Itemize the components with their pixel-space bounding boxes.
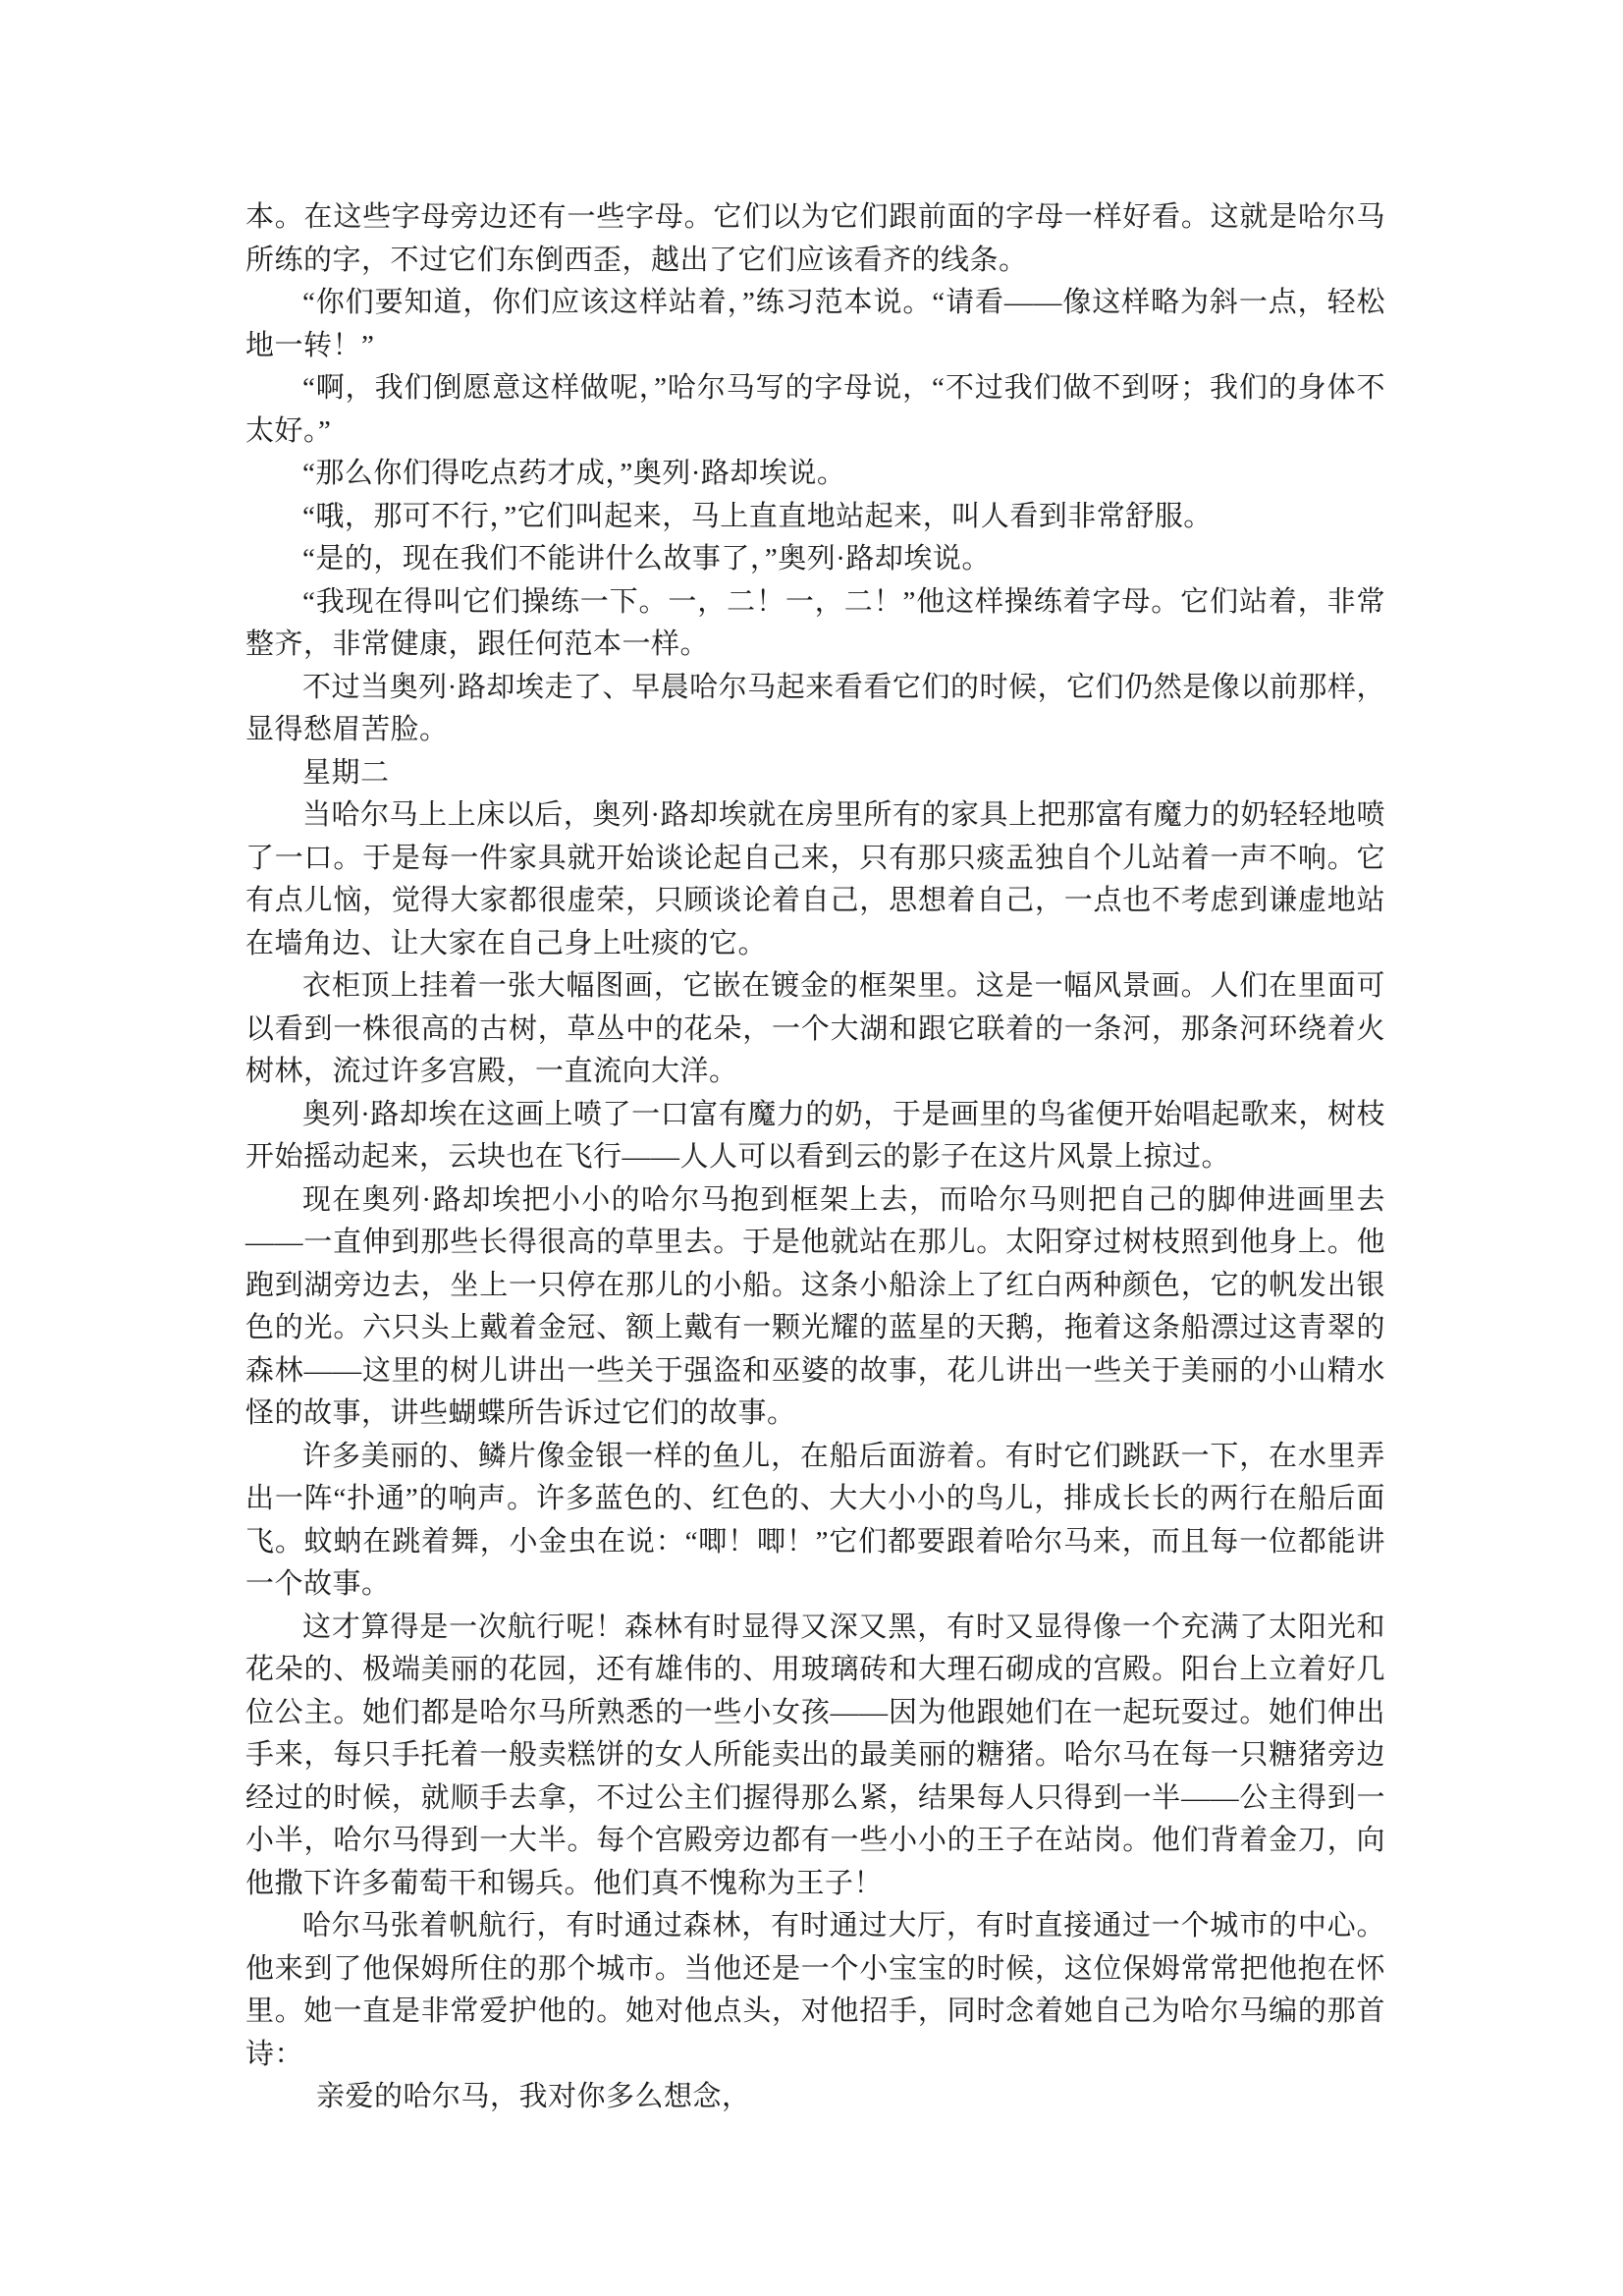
paragraph: 当哈尔马上上床以后，奥列·路却埃就在房里所有的家具上把那富有魔力的奶轻轻地喷了一… xyxy=(245,794,1385,965)
paragraph: 奥列·路却埃在这画上喷了一口富有魔力的奶，于是画里的鸟雀便开始唱起歌来，树枝开始… xyxy=(245,1094,1385,1179)
paragraph: “啊，我们倒愿意这样做呢，”哈尔马写的字母说，“不过我们做不到呀；我们的身体不太… xyxy=(245,367,1385,453)
paragraph: 星期二 xyxy=(245,752,1385,795)
text-block: 本。在这些字母旁边还有一些字母。它们以为它们跟前面的字母一样好看。这就是哈尔马所… xyxy=(245,196,1385,2119)
paragraph: 衣柜顶上挂着一张大幅图画，它嵌在镀金的框架里。这是一幅风景画。人们在里面可以看到… xyxy=(245,965,1385,1094)
paragraph: 哈尔马张着帆航行，有时通过森林，有时通过大厅，有时直接通过一个城市的中心。他来到… xyxy=(245,1905,1385,2076)
page: 本。在这些字母旁边还有一些字母。它们以为它们跟前面的字母一样好看。这就是哈尔马所… xyxy=(0,0,1623,2296)
paragraph: 现在奥列·路却埃把小小的哈尔马抱到框架上去，而哈尔马则把自己的脚伸进画里去——一… xyxy=(245,1179,1385,1436)
paragraph: “哦，那可不行，”它们叫起来，马上直直地站起来，叫人看到非常舒服。 xyxy=(245,496,1385,539)
paragraph: 亲爱的哈尔马，我对你多么想念， xyxy=(245,2076,1385,2119)
paragraph: “那么你们得吃点药才成，”奥列·路却埃说。 xyxy=(245,453,1385,496)
paragraph: “你们要知道，你们应该这样站着，”练习范本说。“请看——像这样略为斜一点，轻松地… xyxy=(245,282,1385,367)
paragraph: “我现在得叫它们操练一下。一，二！一，二！”他这样操练着字母。它们站着，非常整齐… xyxy=(245,581,1385,667)
paragraph: 本。在这些字母旁边还有一些字母。它们以为它们跟前面的字母一样好看。这就是哈尔马所… xyxy=(245,196,1385,282)
paragraph: “是的，现在我们不能讲什么故事了，”奥列·路却埃说。 xyxy=(245,538,1385,581)
paragraph: 这才算得是一次航行呢！森林有时显得又深又黑，有时又显得像一个充满了太阳光和花朵的… xyxy=(245,1607,1385,1906)
paragraph: 不过当奥列·路却埃走了、早晨哈尔马起来看看它们的时候，它们仍然是像以前那样，显得… xyxy=(245,667,1385,752)
paragraph: 许多美丽的、鳞片像金银一样的鱼儿，在船后面游着。有时它们跳跃一下，在水里弄出一阵… xyxy=(245,1436,1385,1607)
